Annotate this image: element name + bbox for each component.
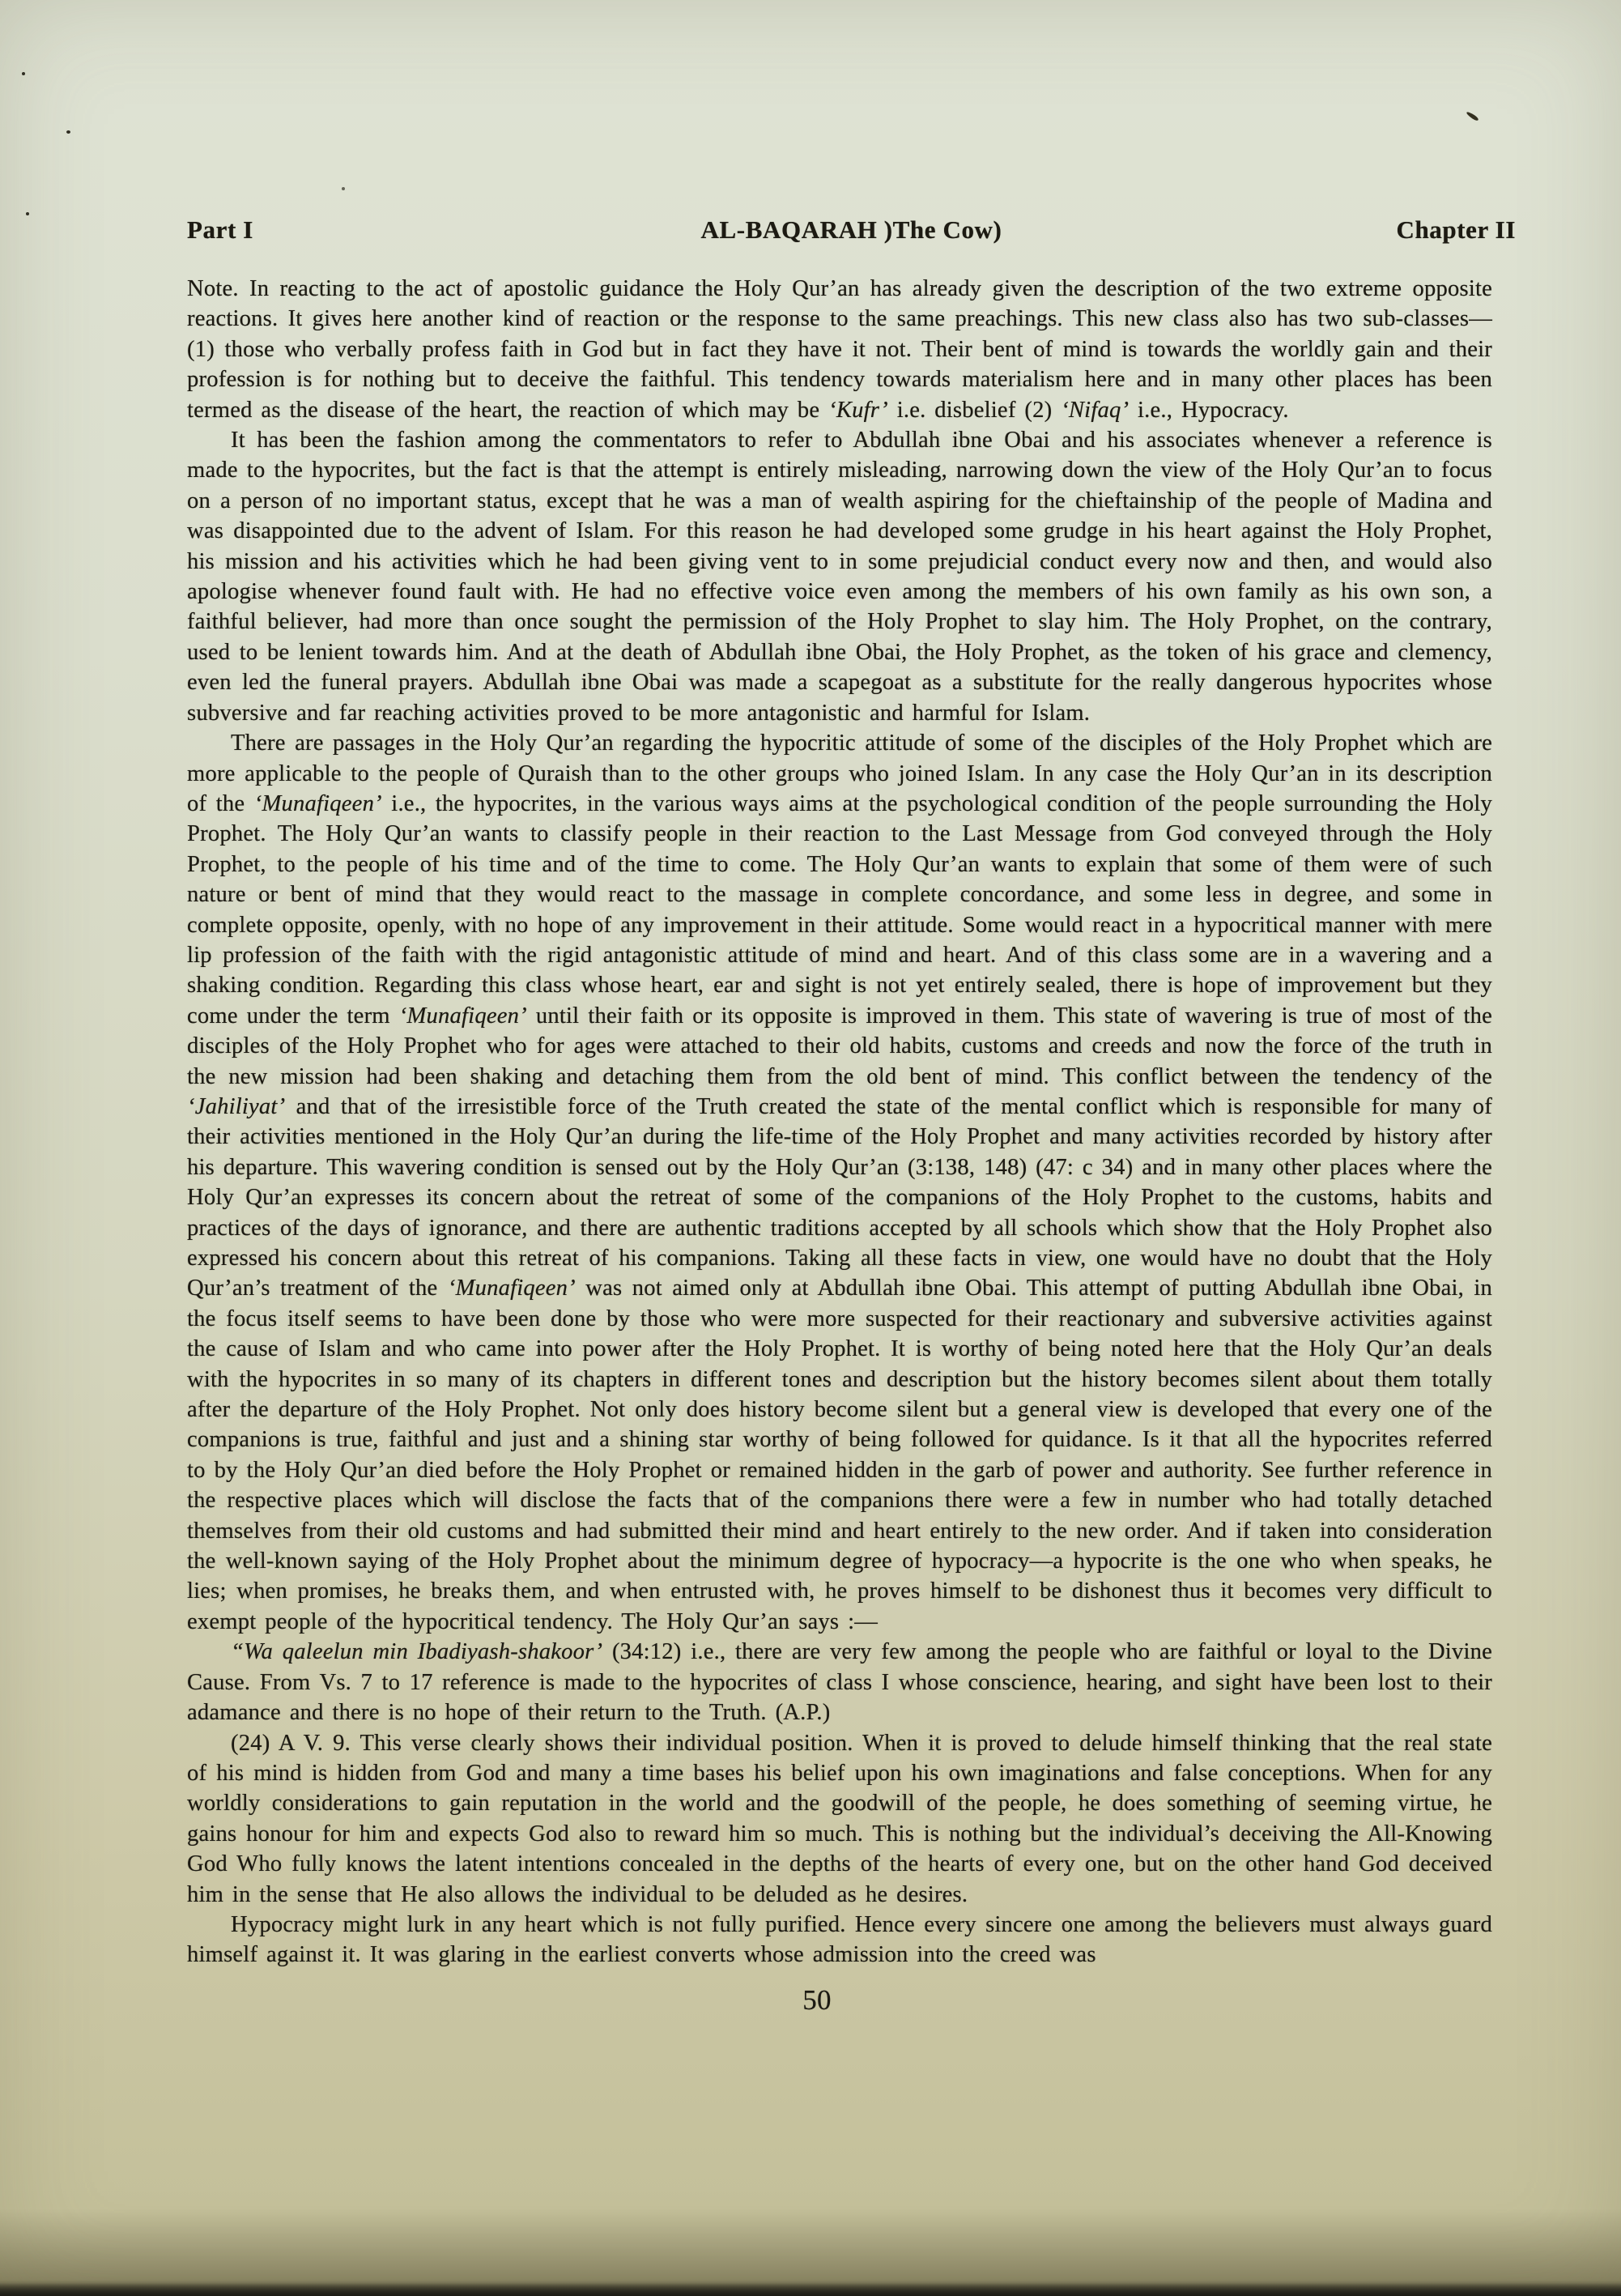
scan-bottom-shadow <box>0 2283 1621 2296</box>
header-surah-title: AL-BAQARAH )The Cow) <box>519 215 1184 245</box>
paper-speck <box>26 212 29 215</box>
paper-speck <box>66 130 70 134</box>
header-chapter-label: Chapter II <box>1184 215 1516 245</box>
page-body: Note. In reacting to the act of apostoli… <box>187 274 1492 2015</box>
note-paragraph: Note. In reacting to the act of apostoli… <box>187 274 1492 425</box>
header-part-label: Part I <box>187 215 519 245</box>
verse-9-note-paragraph: (24) A V. 9. This verse clearly shows th… <box>187 1728 1492 1910</box>
quran-quote-paragraph: “Wa qaleelun min Ibadiyash-shakoor’ (34:… <box>187 1637 1492 1727</box>
abdullah-ibne-obai-paragraph: It has been the fashion among the commen… <box>187 425 1492 728</box>
paper-speck <box>22 72 25 75</box>
stray-ink-mark <box>1466 111 1479 122</box>
paper-speck <box>342 187 345 190</box>
scanned-book-page: Part I AL-BAQARAH )The Cow) Chapter II N… <box>0 0 1621 2296</box>
page-number: 50 <box>164 1985 1470 2015</box>
page-header: Part I AL-BAQARAH )The Cow) Chapter II <box>187 215 1516 245</box>
munafiqeen-commentary-paragraph: There are passages in the Holy Qur’an re… <box>187 728 1492 1637</box>
closing-paragraph: Hypocracy might lurk in any heart which … <box>187 1910 1492 1970</box>
